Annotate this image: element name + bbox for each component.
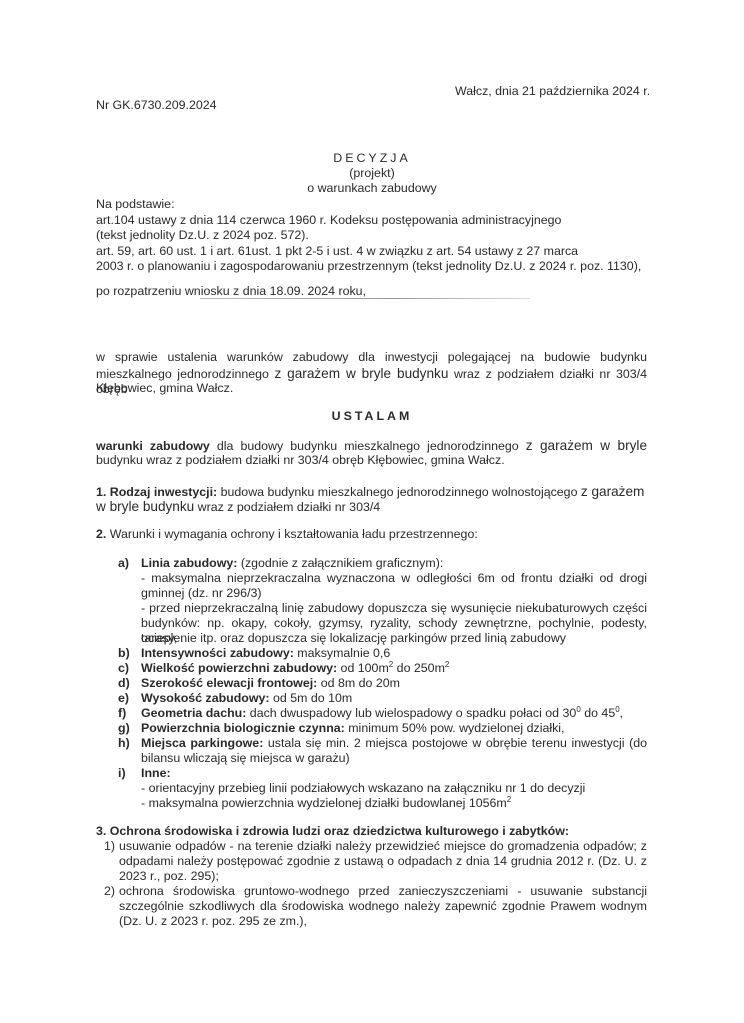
item-a-line: - przed nieprzekraczalną linię zabudowy …	[141, 601, 647, 616]
item-a-line: - maksymalna nieprzekraczalna wyznaczona…	[141, 571, 647, 586]
section-3-item-line: ochrona środowiska gruntowo-wodnego prze…	[119, 884, 647, 899]
legal-basis-line: art.104 ustawy z dnia 114 czerwca 1960 r…	[96, 213, 561, 228]
item-a-line: gminnej (dz. nr 296/3)	[141, 586, 262, 601]
item-b: Intensywności zabudowy: maksymalnie 0,6	[141, 646, 390, 661]
ustalam-heading: USTALAM	[0, 409, 744, 424]
section-3-item-line: 2023 r., poz. 295);	[119, 869, 219, 884]
section-3-item-line: (Dz. U. z 2023 r. poz. 295 ze zm.),	[119, 914, 307, 929]
legal-basis-line: (tekst jednolity Dz.U. z 2024 poz. 572).	[96, 228, 309, 243]
item-marker: 2)	[104, 884, 115, 899]
section-3-title: 3. Ochrona środowiska i zdrowia ludzi or…	[96, 824, 569, 839]
application-date: po rozpatrzeniu wniosku z dnia 18.09. 20…	[96, 284, 366, 299]
legal-basis-line: art. 59, art. 60 ust. 1 i art. 61ust. 1 …	[96, 244, 578, 259]
item-marker: i)	[118, 766, 126, 781]
item-a: Linia zabudowy: (zgodnie z załącznikiem …	[141, 556, 443, 571]
section-3-item-line: odpadami należy postępować zgodnie z ust…	[119, 854, 647, 869]
item-marker: e)	[118, 691, 129, 706]
section-1: 1. Rodzaj inwestycji: budowa budynku mie…	[96, 484, 644, 500]
place-date: Wałcz, dnia 21 października 2024 r.	[455, 84, 650, 99]
item-d: Szerokość elewacji frontowej: od 8m do 2…	[141, 676, 400, 691]
underline	[200, 298, 530, 299]
item-marker: 1)	[104, 839, 115, 854]
item-h-line: bilansu wliczają się miejsca w garażu)	[141, 751, 350, 766]
item-c: Wielkość powierzchni zabudowy: od 100m2 …	[141, 661, 449, 676]
item-a-line: ocieplenie itp. oraz dopuszcza się lokal…	[141, 631, 566, 646]
item-marker: b)	[118, 646, 130, 661]
reference-number: Nr GK.6730.209.2024	[96, 98, 217, 113]
section-1-line: w bryle budynku wraz z podziałem działki…	[96, 499, 380, 515]
legal-basis-intro: Na podstawie:	[96, 197, 175, 212]
matter-line: w sprawie ustalenia warunków zabudowy dl…	[96, 350, 647, 365]
item-e: Wysokość zabudowy: od 5m do 10m	[141, 691, 352, 706]
section-2-title: 2. Warunki i wymagania ochrony i kształt…	[96, 527, 478, 542]
conditions-intro: warunki zabudowy dla budowy budynku mies…	[96, 438, 647, 454]
item-marker: a)	[118, 556, 129, 571]
item-marker: g)	[118, 721, 130, 736]
conditions-intro-line: budynku wraz z podziałem działki nr 303/…	[96, 453, 505, 468]
item-marker: f)	[118, 706, 126, 721]
item-marker: h)	[118, 736, 130, 751]
legal-basis-line: 2003 r. o planowaniu i zagospodarowaniu …	[96, 259, 641, 274]
item-i-line: - maksymalna powierzchnia wydzielonej dz…	[141, 796, 511, 811]
document-subtitle: (projekt)	[0, 166, 744, 181]
section-3-item-line: szczególnie szkodliwych dla środowiska w…	[119, 899, 647, 914]
matter-line: Kłębowiec, gmina Wałcz.	[96, 381, 233, 396]
item-i-line: - orientacyjny przebieg linii podziałowy…	[141, 781, 585, 796]
document-subject: o warunkach zabudowy	[0, 181, 744, 196]
item-f: Geometria dachu: dach dwuspadowy lub wie…	[141, 706, 623, 721]
item-marker: d)	[118, 676, 130, 691]
section-3-item-line: usuwanie odpadów - na terenie działki na…	[119, 839, 647, 854]
item-h: Miejsca parkingowe: ustala się min. 2 mi…	[141, 736, 647, 751]
item-i: Inne:	[141, 766, 171, 781]
item-g: Powierzchnia biologicznie czynna: minimu…	[141, 721, 564, 736]
document-title: DECYZJA	[0, 151, 744, 166]
item-marker: c)	[118, 661, 129, 676]
